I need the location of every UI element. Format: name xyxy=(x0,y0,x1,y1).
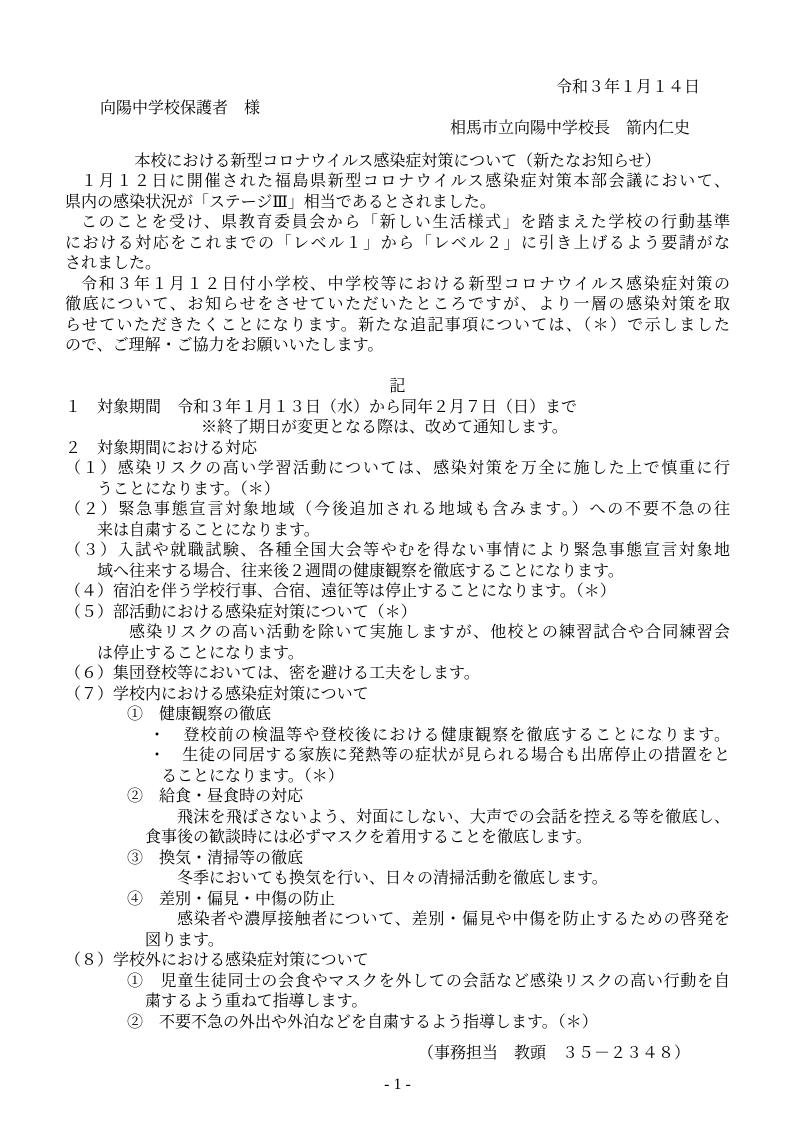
body-line: ２ 対象期間における対応 xyxy=(65,439,730,460)
spacer xyxy=(65,140,730,152)
body-line: ることになります。（＊） xyxy=(65,767,730,788)
body-line: ③ 換気・清掃等の徹底 xyxy=(65,849,730,870)
body-line: （６）集団登校等においては、密を避ける工夫をします。 xyxy=(65,664,730,685)
body-line: １ 対象期間 令和３年１月１３日（水）から同年２月７日（日）まで xyxy=(65,398,730,419)
spacer xyxy=(65,1065,730,1075)
intro-line: １月１２日に開催された福島県新型コロナウイルス感染症対策本部会議において、 xyxy=(65,172,730,193)
intro-line: 令和３年１月１２日付小学校、中学校等における新型コロナウイルス感染症対策の xyxy=(65,275,730,296)
spacer xyxy=(65,357,730,378)
body-line: ① 健康観察の徹底 xyxy=(65,705,730,726)
intro-line: ので、ご理解・ご協力をお願いいたします。 xyxy=(65,336,730,357)
body-line: 感染者や濃厚接触者について、差別・偏見や中傷を防止するための啓発を xyxy=(65,910,730,931)
body-line: （３）入試や就職試験、各種全国大会等やむを得ない事情により緊急事態宣言対象地 xyxy=(65,541,730,562)
body-line: （１）感染リスクの高い学習活動については、感染対策を万全に施した上で慎重に行 xyxy=(65,459,730,480)
body-line: （７）学校内における感染症対策について xyxy=(65,685,730,706)
body-line: 飛沫を飛ばさないよう、対面にしない、大声での会話を控える等を徹底し、 xyxy=(65,808,730,829)
ki-heading: 記 xyxy=(65,377,730,398)
body-line: 来は自粛することになります。 xyxy=(65,521,730,542)
intro-line: このことを受け、県教育委員会から「新しい生活様式」を踏まえた学校の行動基準 xyxy=(65,213,730,234)
page-number: - 1 - xyxy=(65,1075,730,1096)
contact-line: （事務担当 教頭 ３５－２３４８） xyxy=(65,1044,730,1065)
doc-title: 本校における新型コロナウイルス感染症対策について（新たなお知らせ） xyxy=(65,152,730,173)
sender-line: 相馬市立向陽中学校長 箭内仁史 xyxy=(65,119,730,140)
spacer xyxy=(65,1033,730,1044)
body-line: 図ります。 xyxy=(65,931,730,952)
body-line: （８）学校外における感染症対策について xyxy=(65,951,730,972)
body-line: 食事後の歓談時には必ずマスクを着用することを徹底します。 xyxy=(65,828,730,849)
intro-line: 県内の感染状況が「ステージⅢ」相当であるとされました。 xyxy=(65,193,730,214)
intro-line: されました。 xyxy=(65,254,730,275)
body-line: （２）緊急事態宣言対象地域（今後追加される地域も含みます。）への不要不急の往 xyxy=(65,500,730,521)
body-line: ④ 差別・偏見・中傷の防止 xyxy=(65,890,730,911)
date-line: 令和３年１月１４日 xyxy=(65,78,730,99)
body-line: ・ 登校前の検温等や登校後における健康観察を徹底することになります。 xyxy=(65,726,730,747)
body-line: （５）部活動における感染症対策について（＊） xyxy=(65,603,730,624)
body-line: うことになります。（＊） xyxy=(65,480,730,501)
body-line: 感染リスクの高い活動を除いて実施しますが、他校との練習試合や合同練習会 xyxy=(65,623,730,644)
body-line: ② 給食・昼食時の対応 xyxy=(65,787,730,808)
body-line: は停止することになります。 xyxy=(65,644,730,665)
body-line: ① 児童生徒同士の会食やマスクを外しての会話など感染リスクの高い行動を自 xyxy=(65,972,730,993)
body-line: 域へ往来する場合、往来後２週間の健康観察を徹底することになります。 xyxy=(65,562,730,583)
body-line: ・ 生徒の同居する家族に発熱等の症状が見られる場合も出席停止の措置をと xyxy=(65,746,730,767)
intro-line: らせていただきたくことになります。新たな追記事項については、（＊）で示しました xyxy=(65,316,730,337)
document-page: 令和３年１月１４日 向陽中学校保護者 様 相馬市立向陽中学校長 箭内仁史 本校に… xyxy=(0,0,794,1123)
intro-line: における対応をこれまでの「レベル１」から「レベル２」に引き上げるよう要請がな xyxy=(65,234,730,255)
body-line: ② 不要不急の外出や外泊などを自粛するよう指導します。（＊） xyxy=(65,1013,730,1034)
body-line: （４）宿泊を伴う学校行事、合宿、遠征等は停止することになります。（＊） xyxy=(65,582,730,603)
intro-line: 徹底について、お知らせをさせていただいたところですが、より一層の感染対策を取 xyxy=(65,295,730,316)
recipient-line: 向陽中学校保護者 様 xyxy=(65,99,730,120)
body-line: ※終了期日が変更となる際は、改めて通知します。 xyxy=(65,418,730,439)
body-line: 冬季においても換気を行い、日々の清掃活動を徹底します。 xyxy=(65,869,730,890)
body-line: 粛するよう重ねて指導します。 xyxy=(65,992,730,1013)
